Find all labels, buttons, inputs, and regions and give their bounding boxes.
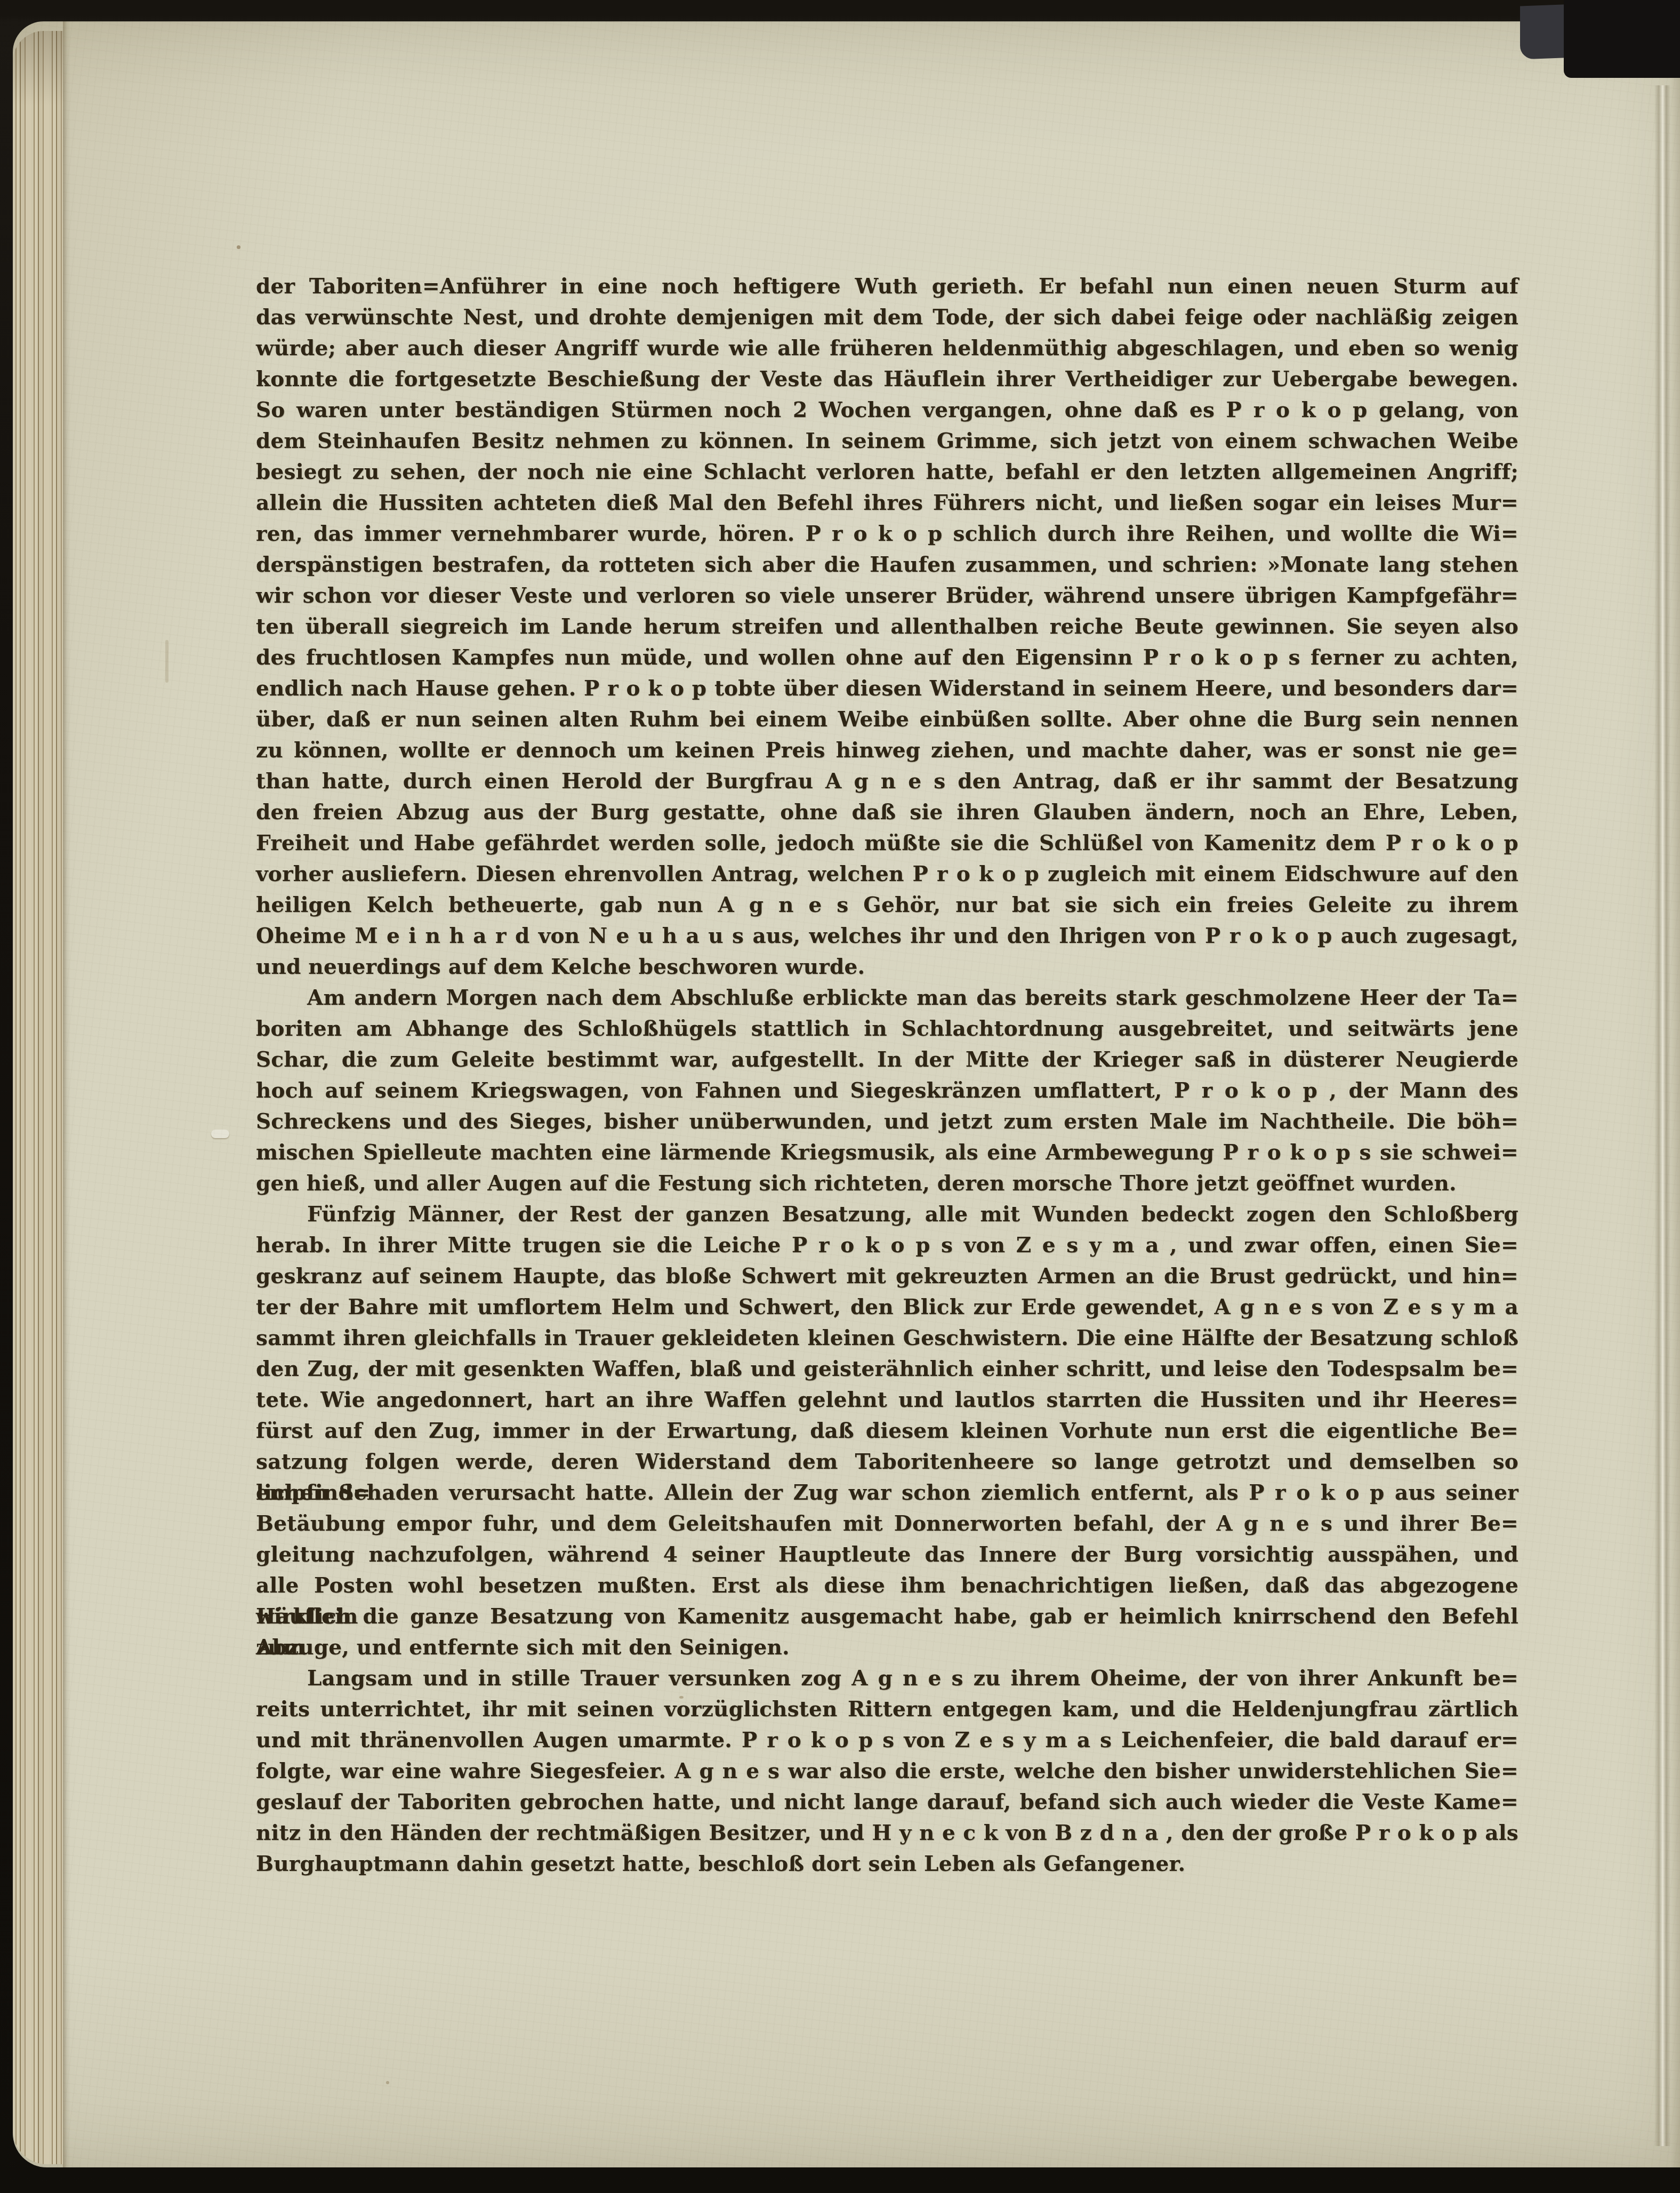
sheet-seam: [63, 21, 70, 2167]
text-line: des fruchtlosen Kampfes nun müde, und wo…: [256, 642, 1518, 673]
text-line: und neuerdings auf dem Kelche beschworen…: [256, 951, 1518, 982]
text-line: ten überall siegreich im Lande herum str…: [256, 611, 1518, 642]
text-line: Freiheit und Habe gefährdet werden solle…: [256, 828, 1518, 859]
text-line: boriten am Abhange des Schloßhügels stat…: [256, 1013, 1518, 1044]
text-line: würde; aber auch dieser Angriff wurde wi…: [256, 333, 1518, 364]
text-line: dem Steinhaufen Besitz nehmen zu können.…: [256, 426, 1518, 457]
text-line: das verwünschte Nest, und drohte demjeni…: [256, 302, 1518, 333]
text-line: So waren unter beständigen Stürmen noch …: [256, 395, 1518, 426]
text-line: gleitung nachzufolgen, während 4 seiner …: [256, 1539, 1518, 1570]
text-line: reits unterrichtet, ihr mit seinen vorzü…: [256, 1694, 1518, 1725]
text-line: besiegt zu sehen, der noch nie eine Schl…: [256, 457, 1518, 487]
text-line: allein die Hussiten achteten dieß Mal de…: [256, 487, 1518, 518]
text-line: zu können, wollte er dennoch um keinen P…: [256, 735, 1518, 766]
book-page: der Taboriten=Anführer in eine noch heft…: [13, 21, 1680, 2167]
backdrop-top-strip: [0, 0, 1680, 22]
right-edge-shade: [1670, 21, 1680, 2167]
text-line: than hatte, durch einen Herold der Burgf…: [256, 766, 1518, 797]
text-line: wir schon vor dieser Veste und verloren …: [256, 580, 1518, 611]
text-line: den freien Abzug aus der Burg gestatte, …: [256, 797, 1518, 828]
text-line: der Taboriten=Anführer in eine noch heft…: [256, 271, 1518, 302]
text-line: geslauf der Taboriten gebrochen hatte, u…: [256, 1787, 1518, 1818]
text-line: Betäubung empor fuhr, und dem Geleitshau…: [256, 1508, 1518, 1539]
backdrop-patch-black: [1564, 0, 1680, 78]
text-line: und mit thränenvollen Augen umarmte. P r…: [256, 1725, 1518, 1756]
text-line: konnte die fortgesetzte Beschießung der …: [256, 364, 1518, 395]
text-line: lichen Schaden verursacht hatte. Allein …: [256, 1477, 1518, 1508]
text-line: heiligen Kelch betheuerte, gab nun A g n…: [256, 890, 1518, 921]
text-line: mischen Spielleute machten eine lärmende…: [256, 1137, 1518, 1168]
text-line: Abzuge, und entfernte sich mit den Seini…: [256, 1632, 1518, 1663]
text-line: Schreckens und des Sieges, bisher unüber…: [256, 1106, 1518, 1137]
text-line: über, daß er nun seinen alten Ruhm bei e…: [256, 704, 1518, 735]
text-line: nitz in den Händen der rechtmäßigen Besi…: [256, 1818, 1518, 1848]
text-block: der Taboriten=Anführer in eine noch heft…: [256, 271, 1518, 1879]
text-line: ren, das immer vernehmbarer wurde, hören…: [256, 518, 1518, 549]
paper-speckle: [165, 640, 168, 683]
text-line: wirklich die ganze Besatzung von Kamenit…: [256, 1601, 1518, 1632]
text-line: hoch auf seinem Kriegswagen, von Fahnen …: [256, 1075, 1518, 1106]
text-line: endlich nach Hause gehen. P r o k o p to…: [256, 673, 1518, 704]
text-line: satzung folgen werde, deren Widerstand d…: [256, 1446, 1518, 1477]
text-line: herab. In ihrer Mitte trugen sie die Lei…: [256, 1230, 1518, 1261]
page-fold-crease: [1654, 85, 1670, 2146]
text-line: derspänstigen bestrafen, da rotteten sic…: [256, 549, 1518, 580]
text-line: Fünfzig Männer, der Rest der ganzen Besa…: [256, 1199, 1518, 1230]
text-line: tete. Wie angedonnert, hart an ihre Waff…: [256, 1384, 1518, 1415]
text-line: fürst auf den Zug, immer in der Erwartun…: [256, 1415, 1518, 1446]
text-line: Am andern Morgen nach dem Abschluße erbl…: [256, 982, 1518, 1013]
paper-speckle: [211, 1130, 229, 1138]
scan-backdrop: der Taboriten=Anführer in eine noch heft…: [0, 0, 1680, 2193]
text-line: folgte, war eine wahre Siegesfeier. A g …: [256, 1756, 1518, 1787]
text-line: Schar, die zum Geleite bestimmt war, auf…: [256, 1044, 1518, 1075]
text-line: sammt ihren gleichfalls in Trauer geklei…: [256, 1323, 1518, 1354]
text-line: alle Posten wohl besetzen mußten. Erst a…: [256, 1570, 1518, 1601]
text-line: vorher ausliefern. Diesen ehrenvollen An…: [256, 859, 1518, 890]
text-line: Oheime M e i n h a r d von N e u h a u s…: [256, 921, 1518, 951]
page-edge-stack: [13, 31, 63, 2164]
text-line: Burghauptmann dahin gesetzt hatte, besch…: [256, 1848, 1518, 1879]
text-line: ter der Bahre mit umflortem Helm und Sch…: [256, 1292, 1518, 1323]
paper-speckle: [237, 245, 240, 249]
text-line: gen hieß, und aller Augen auf die Festun…: [256, 1168, 1518, 1199]
text-line: geskranz auf seinem Haupte, das bloße Sc…: [256, 1261, 1518, 1292]
text-line: Langsam und in stille Trauer versunken z…: [256, 1663, 1518, 1694]
text-line: den Zug, der mit gesenkten Waffen, blaß …: [256, 1354, 1518, 1384]
paper-speckle: [386, 2081, 389, 2084]
